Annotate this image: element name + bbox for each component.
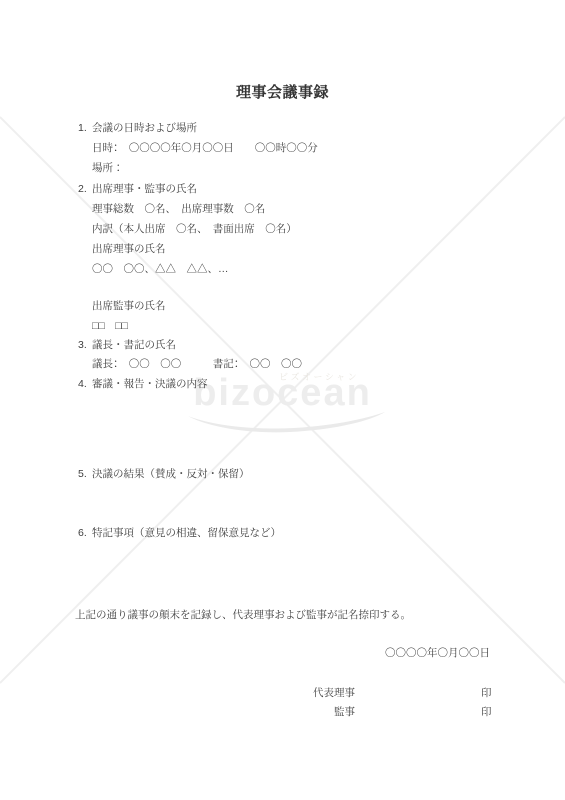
section-4-number: 4. xyxy=(78,377,92,391)
closing-statement: 上記の通り議事の顛末を記録し、代表理事および監事が記名捺印する。 xyxy=(75,608,411,622)
section-5-heading: 5. 決議の結果（賛成・反対・保留） xyxy=(78,467,250,481)
attending-directors-names: 〇〇 〇〇、△△ △△、… xyxy=(92,262,229,276)
signature-row-representative-director: 代表理事 印 xyxy=(75,686,495,700)
section-4-heading-text: 審議・報告・決議の内容 xyxy=(92,377,208,391)
signature-role-label: 監事 xyxy=(75,705,355,719)
attendance-breakdown-line: 内訳（本人出席 〇名、 書面出席 〇名） xyxy=(92,222,297,236)
section-6-number: 6. xyxy=(78,526,92,540)
signature-role-label: 代表理事 xyxy=(75,686,355,700)
seal-mark: 印 xyxy=(481,686,492,700)
document-date: 〇〇〇〇年〇月〇〇日 xyxy=(385,646,490,660)
document-page: ビズオーシャン bizocean 理事会議事録 1. 会議の日時および場所 日時… xyxy=(0,0,565,800)
document-content: 理事会議事録 1. 会議の日時および場所 日時： 〇〇〇〇年〇月〇〇日 〇〇時〇… xyxy=(0,0,565,800)
place-line: 場所： xyxy=(92,161,124,175)
section-5-number: 5. xyxy=(78,467,92,481)
chair-secretary-line: 議長： 〇〇 〇〇 書記： 〇〇 〇〇 xyxy=(92,357,302,371)
section-3-number: 3. xyxy=(78,338,92,352)
attending-auditors-label: 出席監事の氏名 xyxy=(92,299,166,313)
section-4-heading: 4. 審議・報告・決議の内容 xyxy=(78,377,208,391)
attending-auditors-names: □□ □□ xyxy=(92,319,128,333)
datetime-line: 日時： 〇〇〇〇年〇月〇〇日 〇〇時〇〇分 xyxy=(92,141,318,155)
seal-mark: 印 xyxy=(481,705,492,719)
director-count-line: 理事総数 〇名、 出席理事数 〇名 xyxy=(92,202,265,216)
section-2-number: 2. xyxy=(78,182,92,196)
section-6-heading: 6. 特記事項（意見の相違、留保意見など） xyxy=(78,526,281,540)
section-2-heading-text: 出席理事・監事の氏名 xyxy=(92,182,197,196)
section-1-heading: 1. 会議の日時および場所 xyxy=(78,121,197,135)
page-title: 理事会議事録 xyxy=(0,81,565,102)
section-1-number: 1. xyxy=(78,121,92,135)
section-3-heading-text: 議長・書記の氏名 xyxy=(92,338,176,352)
section-2-heading: 2. 出席理事・監事の氏名 xyxy=(78,182,197,196)
section-6-heading-text: 特記事項（意見の相違、留保意見など） xyxy=(92,526,281,540)
section-3-heading: 3. 議長・書記の氏名 xyxy=(78,338,176,352)
section-5-heading-text: 決議の結果（賛成・反対・保留） xyxy=(92,467,250,481)
signature-row-auditor: 監事 印 xyxy=(75,705,495,719)
section-1-heading-text: 会議の日時および場所 xyxy=(92,121,197,135)
attending-directors-label: 出席理事の氏名 xyxy=(92,242,166,256)
